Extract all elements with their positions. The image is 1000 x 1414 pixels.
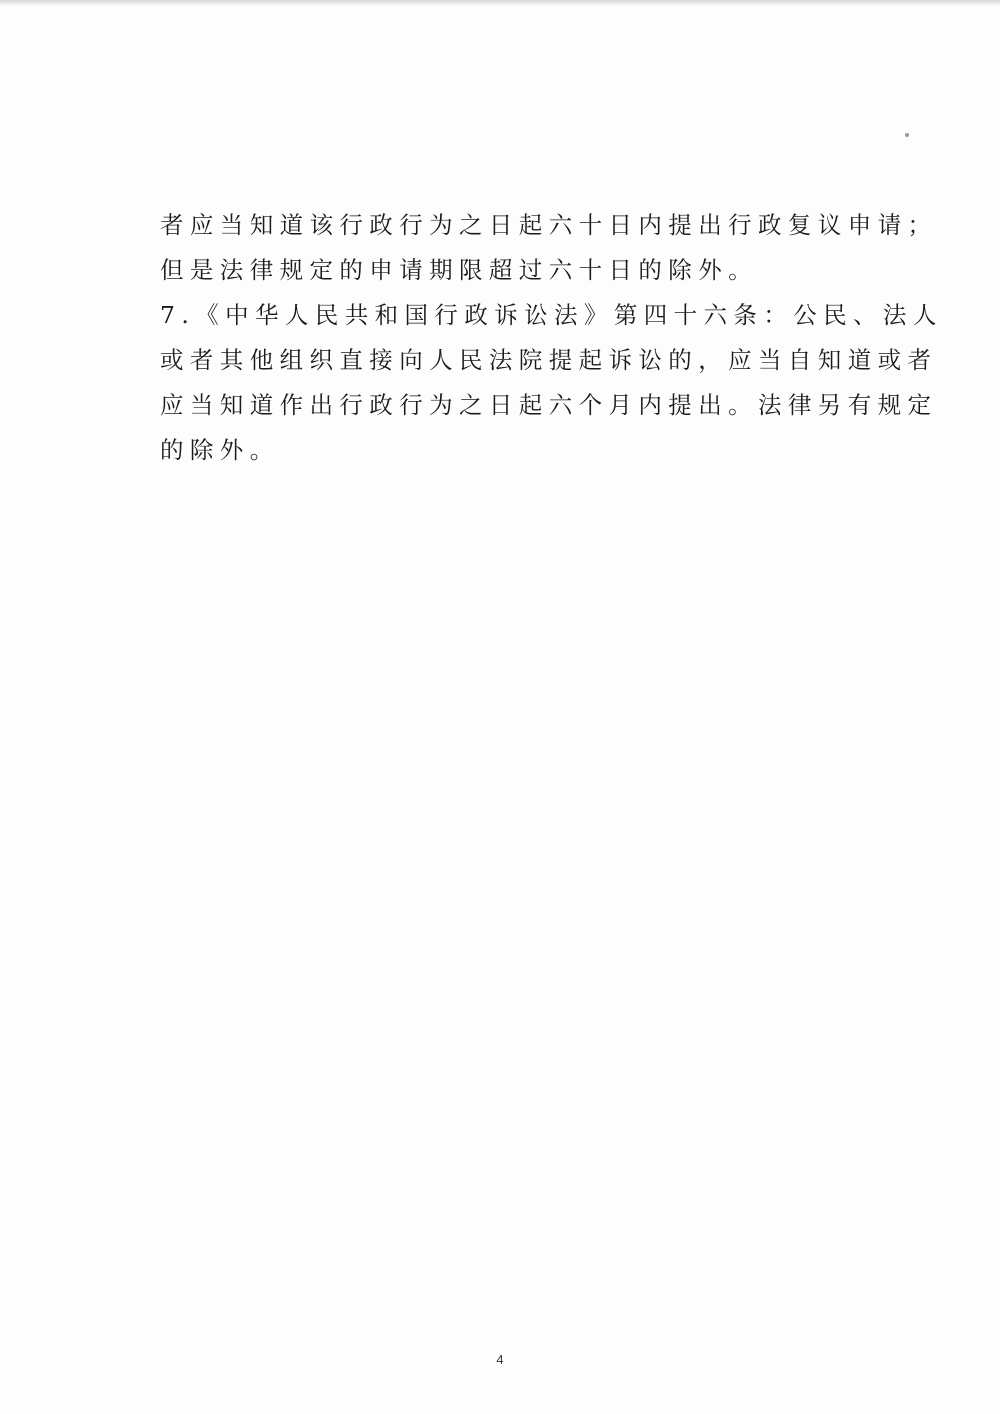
- scan-speck: [905, 133, 909, 137]
- page-number: 4: [0, 1352, 1000, 1367]
- body-text: 者应当知道该行政行为之日起六十日内提出行政复议申请； 但是法律规定的申请期限超过…: [160, 203, 860, 473]
- text-line: 者应当知道该行政行为之日起六十日内提出行政复议申请；: [160, 203, 860, 248]
- scan-edge: [0, 0, 1000, 6]
- text-line: 或者其他组织直接向人民法院提起诉讼的，应当自知道或者: [160, 338, 860, 383]
- text-line: 7.《中华人民共和国行政诉讼法》第四十六条：公民、法人: [160, 293, 860, 338]
- document-page: 者应当知道该行政行为之日起六十日内提出行政复议申请； 但是法律规定的申请期限超过…: [0, 0, 1000, 1414]
- text-line: 但是法律规定的申请期限超过六十日的除外。: [160, 248, 860, 293]
- text-line: 应当知道作出行政行为之日起六个月内提出。法律另有规定: [160, 383, 860, 428]
- text-line: 的除外。: [160, 428, 860, 473]
